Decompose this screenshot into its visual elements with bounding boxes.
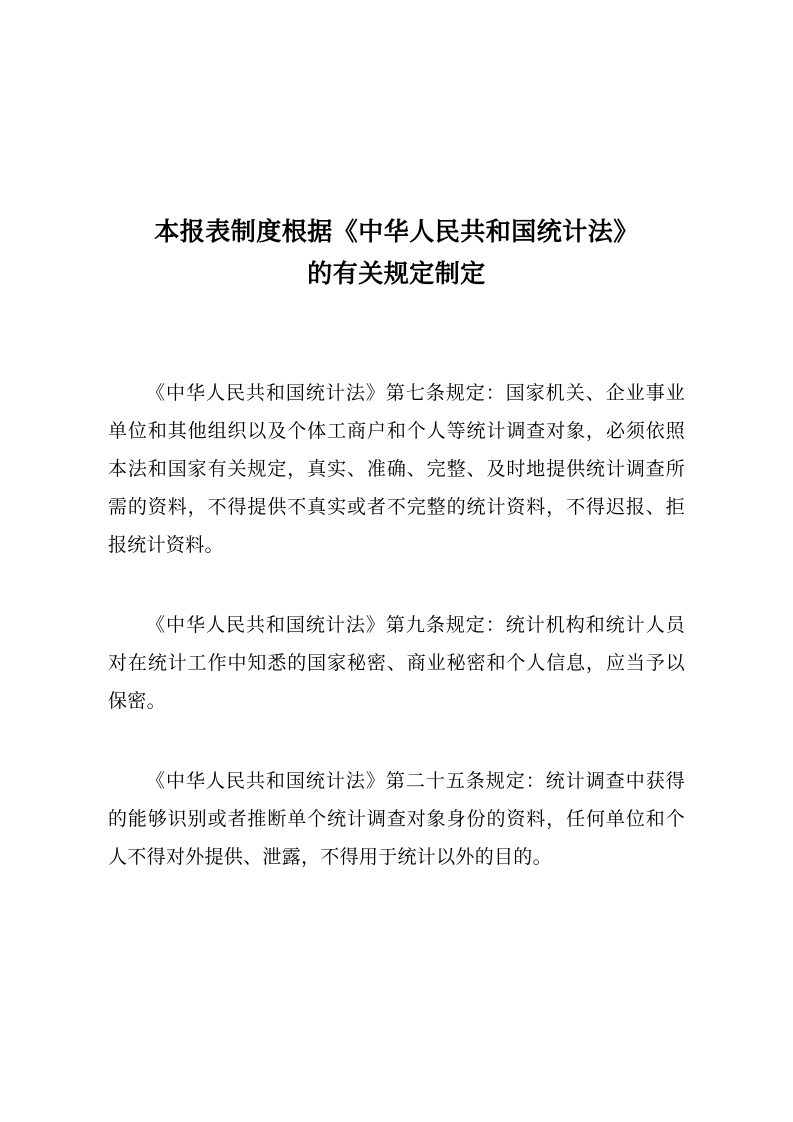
- document-body: 《中华人民共和国统计法》第七条规定：国家机关、企业事业单位和其他组织以及个体工商…: [108, 375, 685, 877]
- paragraph-article-25: 《中华人民共和国统计法》第二十五条规定：统计调查中获得的能够识别或者推断单个统计…: [108, 763, 685, 877]
- paragraph-article-9: 《中华人民共和国统计法》第九条规定：统计机构和统计人员对在统计工作中知悉的国家秘…: [108, 607, 685, 721]
- paragraph-article-7: 《中华人民共和国统计法》第七条规定：国家机关、企业事业单位和其他组织以及个体工商…: [108, 375, 685, 565]
- title-line-1: 本报表制度根据《中华人民共和国统计法》: [108, 212, 685, 254]
- document-page: 本报表制度根据《中华人民共和国统计法》 的有关规定制定 《中华人民共和国统计法》…: [0, 0, 793, 1122]
- document-title: 本报表制度根据《中华人民共和国统计法》 的有关规定制定: [108, 212, 685, 296]
- title-line-2: 的有关规定制定: [108, 254, 685, 296]
